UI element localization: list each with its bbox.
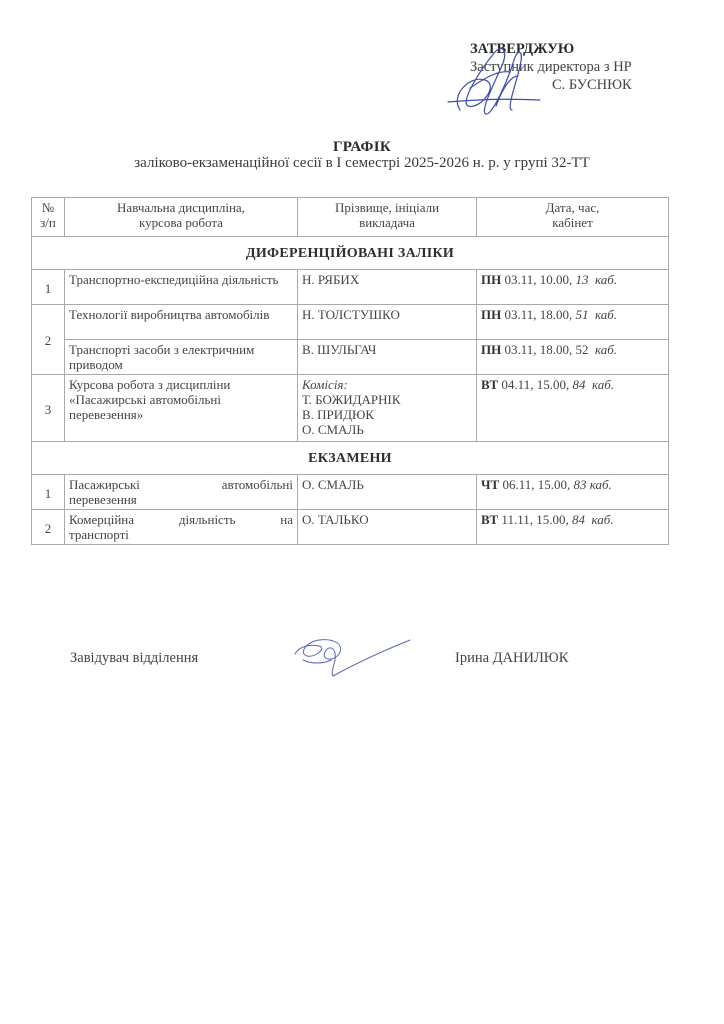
header-date: Дата, час,кабінет xyxy=(477,198,669,237)
header-discipline: Навчальна дисципліна,курсова робота xyxy=(65,198,298,237)
approval-name: С. БУСНЮК xyxy=(470,76,690,94)
section-row-exams: ЕКЗАМЕНИ xyxy=(32,442,669,475)
document-title: ГРАФІК xyxy=(0,139,724,156)
section-row-credits: ДИФЕРЕНЦІЙОВАНІ ЗАЛІКИ xyxy=(32,237,669,270)
table-row: Транспорті засоби з електричним приводом… xyxy=(32,340,669,375)
date-cell: ПН 03.11, 10.00, 13 каб. xyxy=(477,270,669,305)
section-title: ЕКЗАМЕНИ xyxy=(32,442,669,475)
date-cell: ЧТ 06.11, 15.00, 83 каб. xyxy=(477,475,669,510)
header-teacher: Прізвище, ініціаливикладача xyxy=(298,198,477,237)
date-cell: ВТ 04.11, 15.00, 84 каб. xyxy=(477,375,669,442)
document-subtitle: заліково-екзаменаційної сесії в І семест… xyxy=(0,155,724,172)
footer-name: Ірина ДАНИЛЮК xyxy=(455,650,568,667)
table-row: 2 Комерційна діяльність натранспорті О. … xyxy=(32,510,669,545)
discipline-cell: Транспортно-експедиційна діяльність xyxy=(65,270,298,305)
head-signature-icon xyxy=(285,620,415,680)
date-cell: ПН 03.11, 18.00, 52 каб. xyxy=(477,340,669,375)
discipline-cell: Пасажирські автомобільніперевезення xyxy=(65,475,298,510)
table-row: 3 Курсова робота з дисципліни «Пасажирсь… xyxy=(32,375,669,442)
date-cell: ПН 03.11, 18.00, 51 каб. xyxy=(477,305,669,340)
teacher-cell: Н. РЯБИХ xyxy=(298,270,477,305)
teacher-cell: О. СМАЛЬ xyxy=(298,475,477,510)
discipline-cell: Технології виробництва автомобілів xyxy=(65,305,298,340)
table-row: 1 Пасажирські автомобільніперевезення О.… xyxy=(32,475,669,510)
date-cell: ВТ 11.11, 15.00, 84 каб. xyxy=(477,510,669,545)
table-row: 1 Транспортно-експедиційна діяльність Н.… xyxy=(32,270,669,305)
footer-role: Завідувач відділення xyxy=(70,650,198,667)
teacher-cell: Комісія: Т. БОЖИДАРНІК В. ПРИДЮК О. СМАЛ… xyxy=(298,375,477,442)
table-row: 2 Технології виробництва автомобілів Н. … xyxy=(32,305,669,340)
approval-role: Заступник директора з НР xyxy=(470,58,690,76)
teacher-cell: Н. ТОЛСТУШКО xyxy=(298,305,477,340)
teacher-cell: В. ШУЛЬГАЧ xyxy=(298,340,477,375)
header-num: №з/п xyxy=(32,198,65,237)
discipline-cell: Курсова робота з дисципліни «Пасажирські… xyxy=(65,375,298,442)
approval-title: ЗАТВЕРДЖУЮ xyxy=(470,40,690,58)
discipline-cell: Транспорті засоби з електричним приводом xyxy=(65,340,298,375)
table-header-row: №з/п Навчальна дисципліна,курсова робота… xyxy=(32,198,669,237)
approval-block: ЗАТВЕРДЖУЮ Заступник директора з НР С. Б… xyxy=(470,40,690,94)
section-title: ДИФЕРЕНЦІЙОВАНІ ЗАЛІКИ xyxy=(32,237,669,270)
discipline-cell: Комерційна діяльність натранспорті xyxy=(65,510,298,545)
teacher-cell: О. ТАЛЬКО xyxy=(298,510,477,545)
schedule-table: №з/п Навчальна дисципліна,курсова робота… xyxy=(31,197,669,545)
